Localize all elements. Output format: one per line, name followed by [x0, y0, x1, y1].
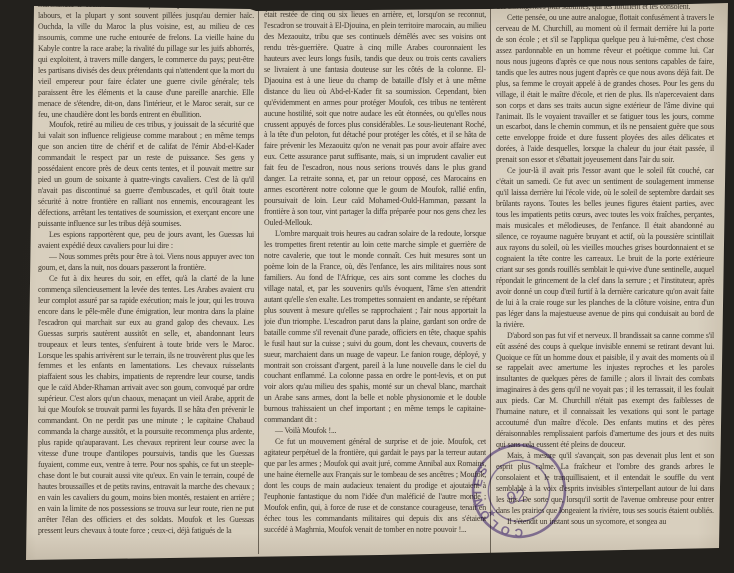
paragraph: était restée de cinq ou six lieues en ar…	[264, 10, 486, 229]
paragraph: D'abord son pas fut vif et nerveux. Il b…	[496, 331, 714, 451]
scanned-newspaper-page: marchandes il osent les traverser qu'au …	[0, 0, 734, 573]
paragraph: Les espions rapportèrent que, peu de jou…	[38, 230, 254, 252]
paragraph: Ce jour-là il avait pris l'essor avant q…	[496, 166, 714, 330]
paragraph-dialogue: — Voilà Moufok !...	[264, 426, 486, 437]
paper-sheet: marchandes il osent les traverser qu'au …	[0, 0, 734, 573]
paragraph-dialogue: — Nous sommes prêts pour être à toi. Vie…	[38, 252, 254, 274]
text-column-left: marchandes il osent les traverser qu'au …	[38, 0, 254, 558]
paragraph: Ce fut un mouvement général de surprise …	[264, 437, 486, 536]
paragraph: L'ombre marquait trois heures au cadran …	[264, 229, 486, 426]
paragraph: Cette pensée, ou une autre analogue, flo…	[496, 13, 714, 166]
stamp-number: 92	[505, 484, 529, 508]
paragraph: des intelligences plus sublimes, qui les…	[496, 2, 714, 13]
paragraph: Ce fut à dix heures du soir, en effet, q…	[38, 274, 254, 537]
circular-ink-stamp: COLONIES 92 ★	[466, 438, 572, 544]
paragraph: Moufok, retiré au milieu de ces tribus, …	[38, 120, 254, 230]
paragraph: marchandes il osent les traverser qu'au …	[38, 0, 254, 120]
column-divider-rule	[258, 4, 259, 554]
text-column-middle: était restée de cinq ou six lieues en ar…	[264, 10, 486, 556]
stamp-star-icon: ★	[487, 508, 496, 519]
